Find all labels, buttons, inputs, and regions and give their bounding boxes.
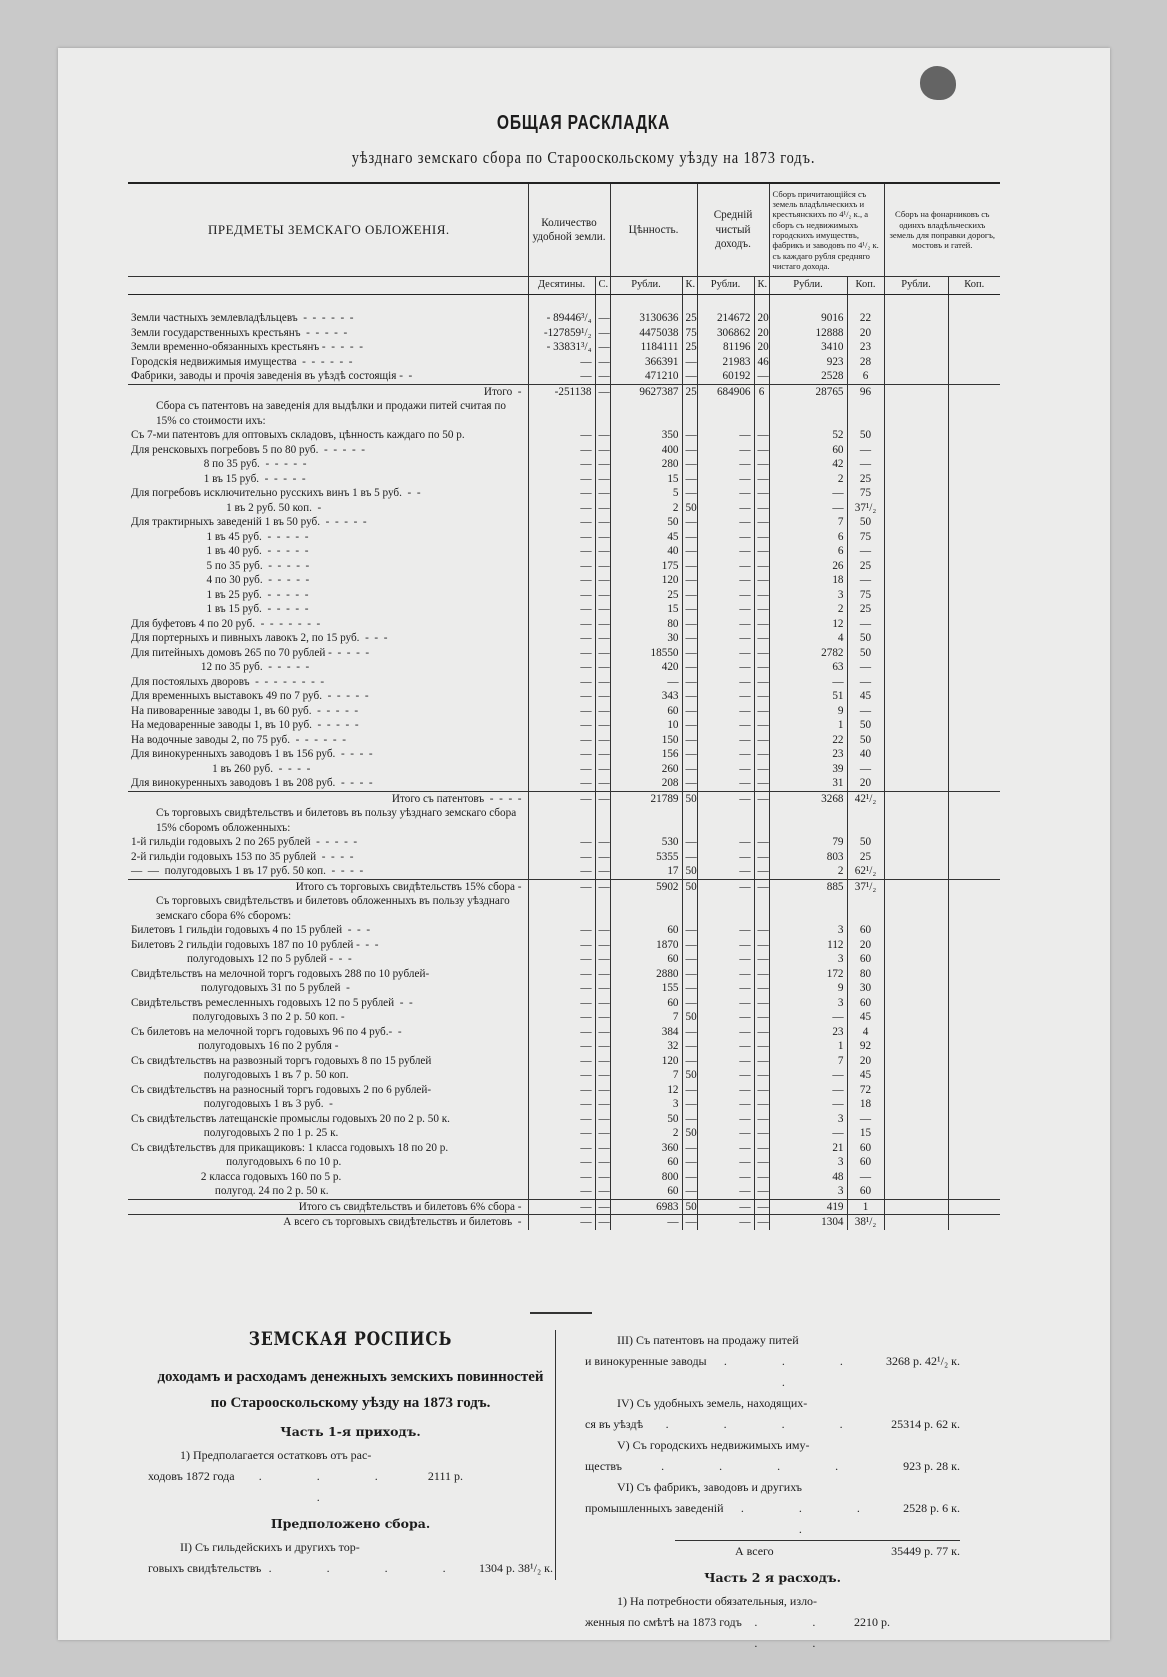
table-row: Для винокуренныхъ заводовъ 1 въ 208 руб.…	[128, 776, 1000, 791]
cell-roads	[884, 733, 948, 748]
total-row: Итого съ свидѣтельствъ и билетовъ 6% сбо…	[128, 1199, 1000, 1215]
levy-table: ПРЕДМЕТЫ ЗЕМСКАГО ОБЛОЖЕНІЯ. Количество …	[128, 182, 1000, 1230]
cell-roads	[884, 718, 948, 733]
cell-s: —	[595, 864, 610, 879]
cell-value: 3	[610, 1097, 682, 1112]
cell-vk: —	[682, 1184, 697, 1199]
cell-ik: —	[754, 1097, 769, 1112]
cell-roads	[884, 646, 948, 661]
cell-lk: 50	[847, 835, 884, 850]
cell-income: 214672	[697, 311, 754, 326]
cell-levy: 48	[769, 1170, 847, 1185]
cell-lk: 80	[847, 967, 884, 982]
cell-roads	[884, 472, 948, 487]
cell-lk: 45	[847, 1010, 884, 1025]
cell-ik: —	[754, 1215, 769, 1230]
cell-lk: 50	[847, 733, 884, 748]
table-row: 2 класса годовыхъ 160 по 5 р.——800———48—	[128, 1170, 1000, 1185]
cell-s: —	[595, 530, 610, 545]
table-row: полугодовыхъ 16 по 2 рубля -——32———192	[128, 1039, 1000, 1054]
cell-ik: —	[754, 923, 769, 938]
cell-income: 21983	[697, 355, 754, 370]
cell-s: —	[595, 340, 610, 355]
table-row: 1 въ 260 руб. - - - -——260———39—	[128, 762, 1000, 777]
cell-levy: —	[769, 1083, 847, 1098]
row-label: Билетовъ 2 гильдіи годовыхъ 187 по 10 ру…	[128, 938, 528, 953]
cell-value: 21789	[610, 791, 682, 806]
cell-income: —	[697, 1054, 754, 1069]
cell-roads	[948, 355, 1000, 370]
cell-lk: 28	[847, 355, 884, 370]
cell-value: 260	[610, 762, 682, 777]
row-label: 1 въ 25 руб. - - - - -	[128, 588, 528, 603]
cell-lk: 30	[847, 981, 884, 996]
cell-levy: 7	[769, 515, 847, 530]
row-label: На медоваренные заводы 1, въ 10 руб. - -…	[128, 718, 528, 733]
cell-roads	[884, 501, 948, 516]
cell-roads	[948, 733, 1000, 748]
cell-value: 17	[610, 864, 682, 879]
table-row: Для временныхъ выставокъ 49 по 7 руб. - …	[128, 689, 1000, 704]
cell-land: —	[528, 864, 595, 879]
cell-roads	[948, 486, 1000, 501]
cell-s: —	[595, 1068, 610, 1083]
cell-value: 5	[610, 486, 682, 501]
cell-s: —	[595, 369, 610, 384]
cell-levy: —	[769, 486, 847, 501]
cell-lk: 6	[847, 369, 884, 384]
row-label: 2 класса годовыхъ 160 по 5 р.	[128, 1170, 528, 1185]
cell-income: —	[697, 472, 754, 487]
cell-land: —	[528, 501, 595, 516]
cell-levy: 12	[769, 617, 847, 632]
page-title: ОБЩАЯ РАСКЛАДКА	[128, 112, 1038, 135]
cell-roads	[884, 1215, 948, 1230]
cell-roads	[884, 996, 948, 1011]
cell-land: —	[528, 515, 595, 530]
cell-lk: 38¹/₂	[847, 1215, 884, 1230]
part2-heading: Часть 2 я расходъ.	[585, 1570, 960, 1585]
cell-value: 420	[610, 660, 682, 675]
cell-vk: —	[682, 457, 697, 472]
cell-s: —	[595, 1170, 610, 1185]
cell-income: —	[697, 631, 754, 646]
cell-roads	[948, 660, 1000, 675]
table-row: Земли временно-обязанныхъ крестьянъ - - …	[128, 340, 1000, 355]
cell-value: 6983	[610, 1199, 682, 1215]
cell-levy: 31	[769, 776, 847, 791]
cell-levy: 3	[769, 1112, 847, 1127]
cell-lk: 75	[847, 486, 884, 501]
unit: Рубли.	[610, 277, 682, 295]
cell-ik: —	[754, 776, 769, 791]
cell-vk: —	[682, 428, 697, 443]
cell-roads	[884, 981, 948, 996]
cell-land: —	[528, 646, 595, 661]
cell-s: —	[595, 602, 610, 617]
cell-income: —	[697, 747, 754, 762]
cell-s: —	[595, 544, 610, 559]
cell-lk: 1	[847, 1199, 884, 1215]
cell-s: —	[595, 704, 610, 719]
cell-ik: —	[754, 1126, 769, 1141]
rospis-right-column: III) Съ патентовъ на продажу питей и вин…	[585, 1330, 960, 1654]
row-label: Съ билетовъ на мелочной торгъ годовыхъ 9…	[128, 1025, 528, 1040]
cell-vk: —	[682, 617, 697, 632]
cell-levy: —	[769, 1097, 847, 1112]
unit: Коп.	[847, 277, 884, 295]
cell-vk: —	[682, 967, 697, 982]
col-roads: Сборъ на фонарниковъ съ одинхъ владѣльче…	[884, 183, 1000, 277]
cell-s: —	[595, 559, 610, 574]
cell-s: —	[595, 631, 610, 646]
cell-land: —	[528, 602, 595, 617]
row-label: Съ свидѣтельствъ латещанскіе промыслы го…	[128, 1112, 528, 1127]
cell-ik: —	[754, 1184, 769, 1199]
cell-lk: 4	[847, 1025, 884, 1040]
cell-s: —	[595, 776, 610, 791]
cell-s: —	[595, 1184, 610, 1199]
table-row: 1 въ 15 руб. - - - - -——15———225	[128, 602, 1000, 617]
cell-income: 60192	[697, 369, 754, 384]
cell-levy: 6	[769, 530, 847, 545]
cell-value: 2	[610, 501, 682, 516]
cell-vk: 50	[682, 791, 697, 806]
cell-roads	[948, 1141, 1000, 1156]
cell-income: 684906	[697, 384, 754, 399]
cell-land: —	[528, 660, 595, 675]
cell-income: —	[697, 981, 754, 996]
cell-vk: —	[682, 588, 697, 603]
cell-roads	[884, 791, 948, 806]
cell-levy: 21	[769, 1141, 847, 1156]
rospis-left-column: ЗЕМСКАЯ РОСПИСЬ доходамъ и расходамъ ден…	[148, 1328, 553, 1579]
cell-roads	[884, 530, 948, 545]
cell-income: —	[697, 689, 754, 704]
income-item-1: 1) Предполагается остатковъ отъ рас- ход…	[148, 1445, 553, 1508]
col-income: Средній чистый доходъ.	[697, 183, 769, 277]
cell-vk: —	[682, 835, 697, 850]
cell-roads	[948, 1068, 1000, 1083]
cell-ik: —	[754, 835, 769, 850]
col-levy: Сборъ причитающійся съ земель владѣльчес…	[769, 183, 884, 277]
cell-land: - 33831³/₄	[528, 340, 595, 355]
cell-vk: 75	[682, 326, 697, 341]
cell-roads	[884, 675, 948, 690]
cell-vk: —	[682, 1054, 697, 1069]
cell-income: —	[697, 515, 754, 530]
cell-land: —	[528, 952, 595, 967]
cell-income: —	[697, 428, 754, 443]
cell-s: —	[595, 660, 610, 675]
cell-vk: 25	[682, 384, 697, 399]
cell-levy: 2528	[769, 369, 847, 384]
cell-roads	[948, 689, 1000, 704]
cell-roads	[948, 559, 1000, 574]
cell-roads	[948, 1083, 1000, 1098]
cell-vk: —	[682, 850, 697, 865]
cell-lk: 60	[847, 923, 884, 938]
cell-land: —	[528, 472, 595, 487]
cell-income: —	[697, 602, 754, 617]
cell-land: —	[528, 996, 595, 1011]
cell-levy: 3	[769, 952, 847, 967]
table-body: Земли частныхъ землевладѣльцевъ - - - - …	[128, 295, 1000, 1230]
cell-lk: 50	[847, 646, 884, 661]
cell-income: —	[697, 967, 754, 982]
cell-roads	[884, 588, 948, 603]
cell-value: 12	[610, 1083, 682, 1098]
cell-ik: —	[754, 1170, 769, 1185]
cell-levy: 923	[769, 355, 847, 370]
cell-levy: 63	[769, 660, 847, 675]
cell-lk: 20	[847, 326, 884, 341]
cell-levy: —	[769, 1010, 847, 1025]
cell-s: —	[595, 355, 610, 370]
cell-income: —	[697, 617, 754, 632]
unit: Десятины.	[528, 277, 595, 295]
cell-value: 1870	[610, 938, 682, 953]
cell-ik: —	[754, 501, 769, 516]
cell-ik: —	[754, 428, 769, 443]
table-row: полугодовыхъ 12 по 5 рублей - - -——60———…	[128, 952, 1000, 967]
cell-roads	[948, 850, 1000, 865]
cell-s: —	[595, 515, 610, 530]
cell-income: —	[697, 791, 754, 806]
cell-land: -251138	[528, 384, 595, 399]
table-header: ПРЕДМЕТЫ ЗЕМСКАГО ОБЛОЖЕНІЯ. Количество …	[128, 183, 1000, 277]
table-row: Съ свидѣтельствъ для прикащиковъ: 1 клас…	[128, 1141, 1000, 1156]
part1-heading: Часть 1-я приходъ.	[148, 1424, 553, 1439]
cell-roads	[948, 996, 1000, 1011]
cell-lk: —	[847, 1170, 884, 1185]
table-row: Съ свидѣтельствъ на развозный торгъ годо…	[128, 1054, 1000, 1069]
cell-land: —	[528, 733, 595, 748]
cell-value: 80	[610, 617, 682, 632]
cell-income: —	[697, 1141, 754, 1156]
row-label: Для питейныхъ домовъ 265 по 70 рублей - …	[128, 646, 528, 661]
cell-vk: —	[682, 675, 697, 690]
cell-vk: —	[682, 544, 697, 559]
row-label: Для буфетовъ 4 по 20 руб. - - - - - - -	[128, 617, 528, 632]
cell-land: —	[528, 879, 595, 894]
table-row: 12 по 35 руб. - - - - -——420———63—	[128, 660, 1000, 675]
cell-roads	[884, 967, 948, 982]
cell-lk: —	[847, 544, 884, 559]
cell-vk: —	[682, 1025, 697, 1040]
cell-income: —	[697, 1215, 754, 1230]
cell-levy: 3	[769, 1184, 847, 1199]
cell-lk: 60	[847, 1155, 884, 1170]
cell-roads	[948, 1039, 1000, 1054]
cell-value: 50	[610, 515, 682, 530]
cell-income: —	[697, 544, 754, 559]
table-row: полугод. 24 по 2 р. 50 к.——60———360	[128, 1184, 1000, 1199]
unit: Коп.	[948, 277, 1000, 295]
cell-lk: 20	[847, 1054, 884, 1069]
table-row: Фабрики, заводы и прочія заведенія въ уѣ…	[128, 369, 1000, 384]
cell-levy: 9	[769, 704, 847, 719]
cell-roads	[884, 704, 948, 719]
cell-s: —	[595, 311, 610, 326]
cell-vk: —	[682, 602, 697, 617]
table-row: 8 по 35 руб. - - - - -——280———42—	[128, 457, 1000, 472]
cell-value: 15	[610, 472, 682, 487]
cell-ik: —	[754, 1068, 769, 1083]
cell-roads	[948, 501, 1000, 516]
cell-income: —	[697, 718, 754, 733]
cell-land: —	[528, 428, 595, 443]
cell-ik: —	[754, 1155, 769, 1170]
cell-s: —	[595, 718, 610, 733]
cell-levy: 4	[769, 631, 847, 646]
cell-roads	[884, 559, 948, 574]
table-row: Для буфетовъ 4 по 20 руб. - - - - - - -—…	[128, 617, 1000, 632]
cell-value: 400	[610, 443, 682, 458]
cell-land: —	[528, 559, 595, 574]
total-row: А всего съ торговыхъ свидѣтельствъ и бил…	[128, 1215, 1000, 1230]
cell-s: —	[595, 938, 610, 953]
cell-roads	[884, 1054, 948, 1069]
section-note: Съ торговыхъ свидѣтельствъ и билетовъ об…	[128, 894, 528, 923]
cell-vk: 25	[682, 311, 697, 326]
cell-land: —	[528, 443, 595, 458]
table-row: Билетовъ 2 гильдіи годовыхъ 187 по 10 ру…	[128, 938, 1000, 953]
row-label: 1 въ 45 руб. - - - - -	[128, 530, 528, 545]
cell-roads	[884, 1112, 948, 1127]
table-row: На пивоваренные заводы 1, въ 60 руб. - -…	[128, 704, 1000, 719]
cell-ik: 46	[754, 355, 769, 370]
cell-s: —	[595, 1054, 610, 1069]
cell-value: 1184111	[610, 340, 682, 355]
column-divider	[555, 1330, 556, 1580]
cell-land: —	[528, 1025, 595, 1040]
cell-ik: —	[754, 967, 769, 982]
cell-levy: 23	[769, 1025, 847, 1040]
cell-income: 81196	[697, 340, 754, 355]
cell-roads	[884, 1039, 948, 1054]
income-item-3: III) Съ патентовъ на продажу питей и вин…	[585, 1330, 960, 1393]
cell-levy: 60	[769, 443, 847, 458]
cell-roads	[884, 864, 948, 879]
cell-value: 4475038	[610, 326, 682, 341]
cell-income: —	[697, 923, 754, 938]
cell-roads	[948, 704, 1000, 719]
cell-lk: 60	[847, 996, 884, 1011]
cell-income: —	[697, 530, 754, 545]
cell-value: 120	[610, 1054, 682, 1069]
table-row: полугодовыхъ 1 въ 7 р. 50 коп.——750———45	[128, 1068, 1000, 1083]
cell-roads	[948, 791, 1000, 806]
cell-vk: —	[682, 559, 697, 574]
cell-vk: —	[682, 776, 697, 791]
row-label: Для трактирныхъ заведеній 1 въ 50 руб. -…	[128, 515, 528, 530]
cell-lk: 72	[847, 1083, 884, 1098]
cell-vk: 25	[682, 340, 697, 355]
cell-s: —	[595, 646, 610, 661]
cell-roads	[884, 1155, 948, 1170]
row-label: Итого съ свидѣтельствъ и билетовъ 6% сбо…	[128, 1199, 528, 1215]
cell-roads	[884, 573, 948, 588]
cell-levy: 3	[769, 923, 847, 938]
row-label: 8 по 35 руб. - - - - -	[128, 457, 528, 472]
cell-land: —	[528, 718, 595, 733]
cell-ik: —	[754, 588, 769, 603]
cell-roads	[884, 311, 948, 326]
cell-s: —	[595, 472, 610, 487]
table-row: Для погребовъ исключительно русскихъ вин…	[128, 486, 1000, 501]
total-row: Итого съ торговыхъ свидѣтельствъ 15% сбо…	[128, 879, 1000, 894]
cell-roads	[948, 326, 1000, 341]
cell-lk: 25	[847, 602, 884, 617]
cell-lk: 45	[847, 689, 884, 704]
cell-ik: 20	[754, 311, 769, 326]
cell-income: —	[697, 850, 754, 865]
cell-vk: 50	[682, 1126, 697, 1141]
cell-ik: —	[754, 472, 769, 487]
cell-roads	[948, 573, 1000, 588]
cell-vk: —	[682, 355, 697, 370]
cell-income: —	[697, 443, 754, 458]
row-label: Билетовъ 1 гильдіи годовыхъ 4 по 15 рубл…	[128, 923, 528, 938]
row-label: А всего съ торговыхъ свидѣтельствъ и бил…	[128, 1215, 528, 1230]
section-note: Съ торговыхъ свидѣтельствъ и билетовъ въ…	[128, 806, 528, 835]
row-label: Для портерныхъ и пивныхъ лавокъ 2, по 15…	[128, 631, 528, 646]
cell-roads	[948, 675, 1000, 690]
cell-lk: 45	[847, 1068, 884, 1083]
row-label: Съ свидѣтельствъ на развозный торгъ годо…	[128, 1054, 528, 1069]
cell-income: —	[697, 776, 754, 791]
row-label: Итого съ торговыхъ свидѣтельствъ 15% сбо…	[128, 879, 528, 894]
cell-ik: —	[754, 1054, 769, 1069]
row-label: 1-й гильдіи годовыхъ 2 по 265 рублей - -…	[128, 835, 528, 850]
cell-ik: —	[754, 850, 769, 865]
cell-value: 7	[610, 1010, 682, 1025]
row-label: 1 въ 15 руб. - - - - -	[128, 602, 528, 617]
cell-value: 5902	[610, 879, 682, 894]
cell-vk: —	[682, 1155, 697, 1170]
cell-levy: 9	[769, 981, 847, 996]
row-label: Для погребовъ исключительно русскихъ вин…	[128, 486, 528, 501]
cell-lk: —	[847, 704, 884, 719]
cell-value: 60	[610, 923, 682, 938]
cell-roads	[884, 1025, 948, 1040]
table-row: Земли частныхъ землевладѣльцевъ - - - - …	[128, 311, 1000, 326]
cell-roads	[948, 776, 1000, 791]
cell-vk: —	[682, 1141, 697, 1156]
cell-lk: 50	[847, 631, 884, 646]
cell-roads	[884, 369, 948, 384]
table-row: Съ свидѣтельствъ на разносный торгъ годо…	[128, 1083, 1000, 1098]
cell-roads	[948, 864, 1000, 879]
table-row: полугодовыхъ 2 по 1 р. 25 к.——250———15	[128, 1126, 1000, 1141]
cell-s: —	[595, 967, 610, 982]
cell-s: —	[595, 791, 610, 806]
cell-income: —	[697, 762, 754, 777]
cell-roads	[948, 1025, 1000, 1040]
total-row: Итого съ патентовъ - - - -——2178950——326…	[128, 791, 1000, 806]
cell-income: —	[697, 675, 754, 690]
cell-levy: 1304	[769, 1215, 847, 1230]
cell-vk: —	[682, 923, 697, 938]
cell-land: —	[528, 617, 595, 632]
cell-value: 2	[610, 1126, 682, 1141]
cell-roads	[948, 631, 1000, 646]
cell-roads	[884, 515, 948, 530]
table-row: Съ свидѣтельствъ латещанскіе промыслы го…	[128, 1112, 1000, 1127]
cell-land: —	[528, 1068, 595, 1083]
cell-vk: —	[682, 1112, 697, 1127]
